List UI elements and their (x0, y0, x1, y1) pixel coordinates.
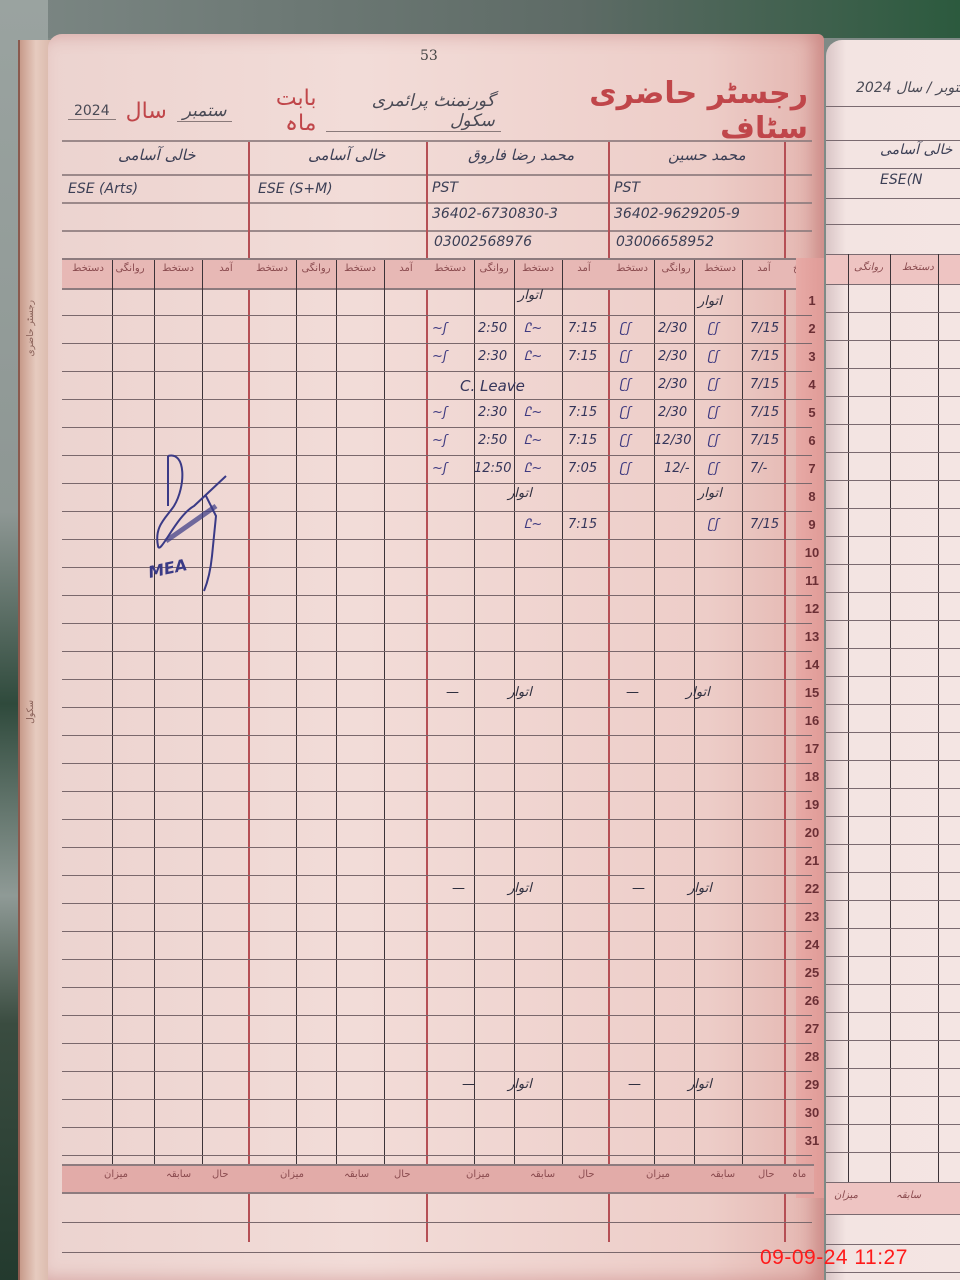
column-divider (154, 260, 155, 1164)
holiday-mark: اتوار (508, 881, 532, 896)
col-head-signature: دستخط (340, 263, 380, 274)
staff-3-phone: 03002568976 (434, 234, 532, 250)
holiday-mark: اتوار (686, 685, 710, 700)
arrival-time: 7:15 (568, 517, 597, 532)
day-number: 31 (800, 1133, 824, 1148)
footer-previous: سابقہ (530, 1169, 555, 1180)
col-head-arrival: آمد (206, 263, 246, 274)
signature-mark: ~ʃ (432, 321, 447, 336)
footer-previous: سابقہ (166, 1169, 191, 1180)
staff-3-name: محمد رضا فاروق (468, 146, 574, 164)
day-number: 2 (800, 321, 824, 336)
day-number: 7 (800, 461, 824, 476)
signature-mark: ʗʃ (620, 377, 631, 392)
col-head-signature: دستخط (68, 263, 108, 274)
column-divider (112, 260, 113, 1164)
departure-time: 2:30 (478, 349, 507, 364)
day-number: 4 (800, 377, 824, 392)
spine-label: سکول (26, 700, 36, 724)
staff-4-cnic: 36402-9629205-9 (614, 206, 740, 222)
departure-time: 2:30 (478, 405, 507, 420)
footer-total: میزان (646, 1169, 670, 1180)
holiday-mark: اتوار (698, 294, 722, 309)
column-divider (384, 260, 385, 1164)
col-head-signature: دستخط (430, 263, 470, 274)
dash-mark: — (452, 881, 465, 896)
divider (62, 140, 812, 142)
footer-total: میزان (104, 1169, 128, 1180)
col-head-arrival: آمد (386, 263, 426, 274)
staff-4-phone: 03006658952 (616, 234, 714, 250)
departure-time: 2/30 (658, 321, 687, 336)
staff-3-designation: PST (432, 180, 458, 196)
col-head-signature: دستخط (612, 263, 652, 274)
dash-mark: — (446, 685, 459, 700)
day-number: 26 (800, 993, 824, 1008)
departure-time: 2/30 (658, 405, 687, 420)
day-number: 10 (800, 545, 824, 560)
column-divider (474, 260, 475, 1164)
day-number: 19 (800, 797, 824, 812)
staff-1-designation: ESE (Arts) (68, 181, 138, 197)
departure-time: 12:50 (474, 461, 511, 476)
footer-previous: سابقہ (710, 1169, 735, 1180)
next-page-title: اکتوبر / سال 2024 (856, 80, 960, 96)
signature-mark: ʗʃ (708, 377, 719, 392)
year-label: سال (126, 99, 167, 124)
col-head-arrival: آمد (564, 263, 604, 274)
signature-mark: ʗʃ (620, 405, 631, 420)
dash-mark: — (626, 685, 639, 700)
column-divider (426, 142, 428, 1242)
signature-mark: Ꮭ~ (524, 461, 542, 476)
next-staff-name: خالی آسامی (880, 142, 952, 158)
column-divider (742, 260, 743, 1164)
background-top (0, 0, 960, 38)
day-number: 3 (800, 349, 824, 364)
day-number: 14 (800, 657, 824, 672)
arrival-time: 7:15 (568, 321, 597, 336)
signature-mark: ʗʃ (708, 405, 719, 420)
col-head-departure: روانگی (112, 263, 148, 274)
footer-current: حال (212, 1169, 229, 1180)
departure-time: 2/30 (658, 377, 687, 392)
arrival-time: 7/15 (750, 517, 779, 532)
signature-mark: ~ʃ (432, 405, 447, 420)
register-title-row: رجسٹر حاضری سٹاف گورنمنٹ پرائمری سکول با… (68, 86, 808, 136)
arrival-time: 7/15 (750, 321, 779, 336)
col-head-departure: روانگی (658, 263, 694, 274)
next-register-page: اکتوبر / سال 2024 خالی آسامی ESE(N روانگ… (826, 40, 960, 1280)
day-number: 18 (800, 769, 824, 784)
col-head-signature: دستخط (518, 263, 558, 274)
signature-mark: Ꮭ~ (524, 517, 542, 532)
photo-timestamp: 09-09-24 11:27 (760, 1246, 908, 1270)
next-footer-total: میزان (834, 1190, 858, 1201)
day-number: 13 (800, 629, 824, 644)
signature-mark: ʗʃ (620, 461, 631, 476)
arrival-time: 7:15 (568, 349, 597, 364)
column-divider (296, 260, 297, 1164)
staff-4-designation: PST (614, 180, 640, 196)
divider (62, 174, 812, 176)
col-head-arrival: آمد (746, 263, 782, 274)
leave-note: C. Leave (460, 377, 525, 395)
signature-mark: Ꮭ~ (524, 349, 542, 364)
day-number: 17 (800, 741, 824, 756)
divider (62, 230, 812, 232)
day-number: 15 (800, 685, 824, 700)
day-number: 1 (800, 293, 824, 308)
arrival-time: 7:05 (568, 461, 597, 476)
day-number: 24 (800, 937, 824, 952)
footer-previous: سابقہ (344, 1169, 369, 1180)
footer-month: ماہ (792, 1169, 806, 1180)
day-number: 21 (800, 853, 824, 868)
holiday-mark: اتوار (508, 685, 532, 700)
footer-total: میزان (280, 1169, 304, 1180)
arrival-time: 7/- (750, 461, 767, 476)
year-value: 2024 (68, 103, 116, 120)
signature-mark: Ꮭ~ (524, 321, 542, 336)
month-value: ستمبر (177, 101, 233, 122)
dash-mark: — (628, 1077, 641, 1092)
footer-current: حال (578, 1169, 595, 1180)
column-divider (202, 260, 203, 1164)
column-divider (654, 260, 655, 1164)
arrival-time: 7/15 (750, 405, 779, 420)
column-divider (562, 260, 563, 1164)
register-title: رجسٹر حاضری سٹاف (511, 76, 808, 146)
holiday-mark: اتوار (698, 486, 722, 501)
col-head-signature: دستخط (700, 263, 740, 274)
column-divider (514, 260, 515, 1164)
day-number: 28 (800, 1049, 824, 1064)
signature-mark: ~ʃ (432, 349, 447, 364)
signature-mark: Ꮭ~ (524, 433, 542, 448)
signature-mark: ʗʃ (708, 321, 719, 336)
day-number: 12 (800, 601, 824, 616)
signature-mark: ʗʃ (708, 349, 719, 364)
col-head-departure: روانگی (298, 263, 334, 274)
day-number: 20 (800, 825, 824, 840)
arrival-time: 7/15 (750, 433, 779, 448)
holiday-mark: اتوار (688, 881, 712, 896)
book-spine (18, 40, 52, 1280)
column-divider (336, 260, 337, 1164)
day-number: 23 (800, 909, 824, 924)
next-col-head: دستخط (902, 262, 934, 273)
staff-2-designation: ESE (S+M) (258, 181, 333, 197)
footer-current: حال (758, 1169, 775, 1180)
departure-time: 2:50 (478, 433, 507, 448)
departure-time: 2/30 (658, 349, 687, 364)
day-number: 5 (800, 405, 824, 420)
register-page: 53 رجسٹر حاضری سٹاف گورنمنٹ پرائمری سکول… (48, 34, 824, 1280)
holiday-mark: اتوار (508, 486, 532, 501)
holiday-mark: اتوار (508, 1077, 532, 1092)
month-label: بابت ماہ (242, 86, 316, 136)
signature-mark: ʗʃ (708, 461, 719, 476)
signature-mark: Ꮭ~ (524, 405, 542, 420)
day-number: 11 (800, 573, 824, 588)
next-staff-designation: ESE(N (880, 172, 923, 188)
signature-mark: ~ʃ (432, 461, 447, 476)
day-number: 16 (800, 713, 824, 728)
day-number: 29 (800, 1077, 824, 1092)
departure-time: 12/30 (654, 433, 691, 448)
school-name: گورنمنٹ پرائمری سکول (326, 91, 500, 132)
holiday-mark: اتوار (518, 288, 542, 303)
page-number: 53 (420, 48, 438, 64)
column-divider (694, 260, 695, 1164)
day-number: 30 (800, 1105, 824, 1120)
staff-1-name: خالی آسامی (118, 146, 196, 164)
arrival-time: 7:15 (568, 433, 597, 448)
column-divider (608, 142, 610, 1242)
next-col-head: روانگی (854, 262, 883, 273)
day-number: 25 (800, 965, 824, 980)
col-head-departure: روانگی (476, 263, 512, 274)
signature-mark: ʗʃ (708, 517, 719, 532)
signature-mark: ~ʃ (432, 433, 447, 448)
footer-total: میزان (466, 1169, 490, 1180)
holiday-mark: اتوار (688, 1077, 712, 1092)
spine-label: رجسٹر حاضری (26, 300, 36, 356)
arrival-time: 7:15 (568, 405, 597, 420)
col-head-signature: دستخط (158, 263, 198, 274)
col-head-signature: دستخط (252, 263, 292, 274)
arrival-time: 7/15 (750, 377, 779, 392)
staff-2-name: خالی آسامی (308, 146, 386, 164)
day-number: 6 (800, 433, 824, 448)
staff-4-name: محمد حسین (668, 146, 746, 164)
signature-mark: ʗʃ (620, 321, 631, 336)
divider (62, 202, 812, 204)
departure-time: 2:50 (478, 321, 507, 336)
footer-current: حال (394, 1169, 411, 1180)
dash-mark: — (632, 881, 645, 896)
next-footer-previous: سابقہ (896, 1190, 921, 1201)
staff-3-cnic: 36402-6730830-3 (432, 206, 558, 222)
column-divider (248, 142, 250, 1242)
day-number: 27 (800, 1021, 824, 1036)
signature-mark: ʗʃ (708, 433, 719, 448)
dash-mark: — (462, 1077, 475, 1092)
arrival-time: 7/15 (750, 349, 779, 364)
departure-time: 12/- (664, 461, 690, 476)
column-divider (784, 142, 786, 1242)
signature-mark: ʗʃ (620, 433, 631, 448)
day-number: 9 (800, 517, 824, 532)
day-number: 22 (800, 881, 824, 896)
day-number: 8 (800, 489, 824, 504)
signature-mark: ʗʃ (620, 349, 631, 364)
